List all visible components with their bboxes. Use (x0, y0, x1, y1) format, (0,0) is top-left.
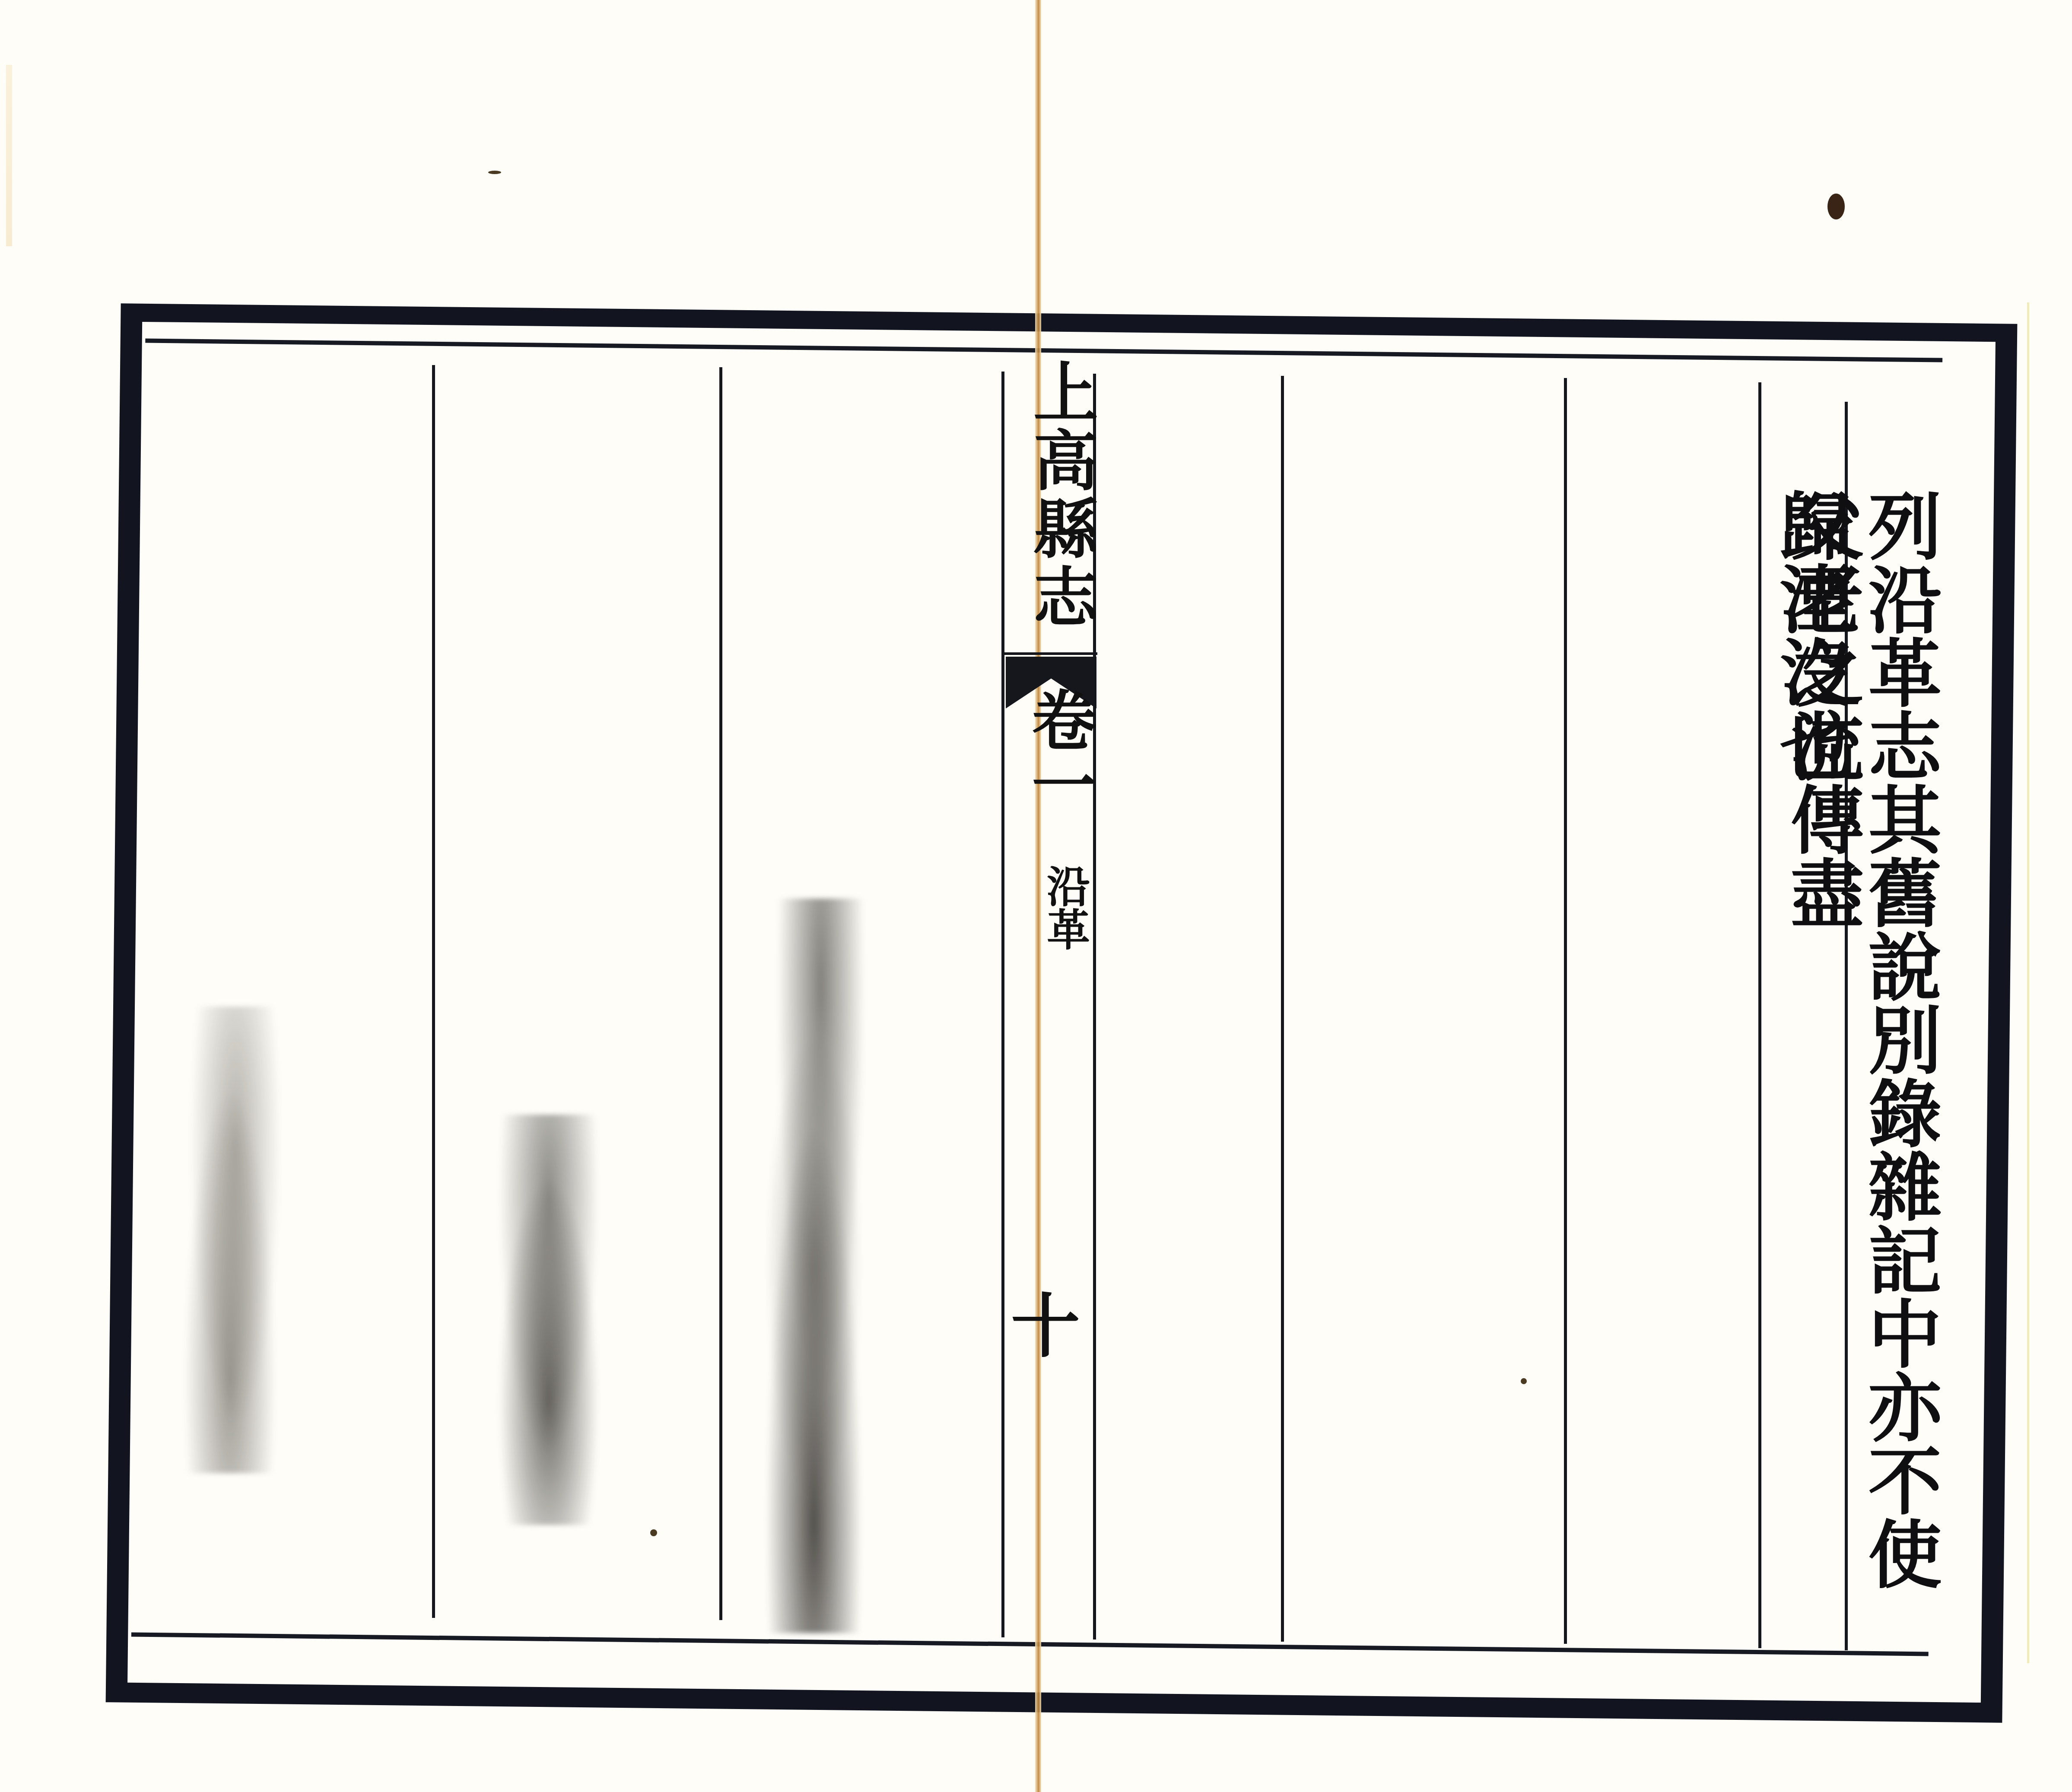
ink-speck (488, 171, 501, 174)
column-rule (719, 367, 722, 1620)
banxin-rule-left (1001, 372, 1004, 1637)
fishtail-rule (1004, 652, 1097, 655)
text-column-1: 列沿革志其舊說別錄雜記中亦不使父老之流傳盡 (1856, 488, 1938, 1655)
section-label: 沿革 (1041, 864, 1089, 950)
show-through-smudge (181, 1007, 289, 1473)
show-through-smudge (752, 899, 890, 1633)
book-title: 上高縣志 (1007, 359, 1093, 632)
ink-speck (1827, 194, 1845, 219)
ink-speck (650, 1529, 657, 1536)
column-rule (1758, 382, 1761, 1648)
column-rule (432, 365, 435, 1618)
paper-edge-right (2027, 302, 2029, 1663)
ink-speck (1521, 1378, 1527, 1384)
text-column-2: 歸湮沒也 (1767, 488, 1849, 877)
page-spread: 上高縣志 卷一 沿革 十 列沿革志其舊說別錄雜記中亦不使父老之流傳盡 歸湮沒也 (0, 0, 2072, 1792)
show-through-smudge (484, 1115, 613, 1525)
column-rule (1281, 376, 1284, 1642)
column-rule (1564, 378, 1567, 1644)
volume-label: 卷一 (1007, 687, 1093, 817)
page-number: 十 (1002, 1292, 1089, 1361)
paper-edge-stain (6, 65, 12, 246)
